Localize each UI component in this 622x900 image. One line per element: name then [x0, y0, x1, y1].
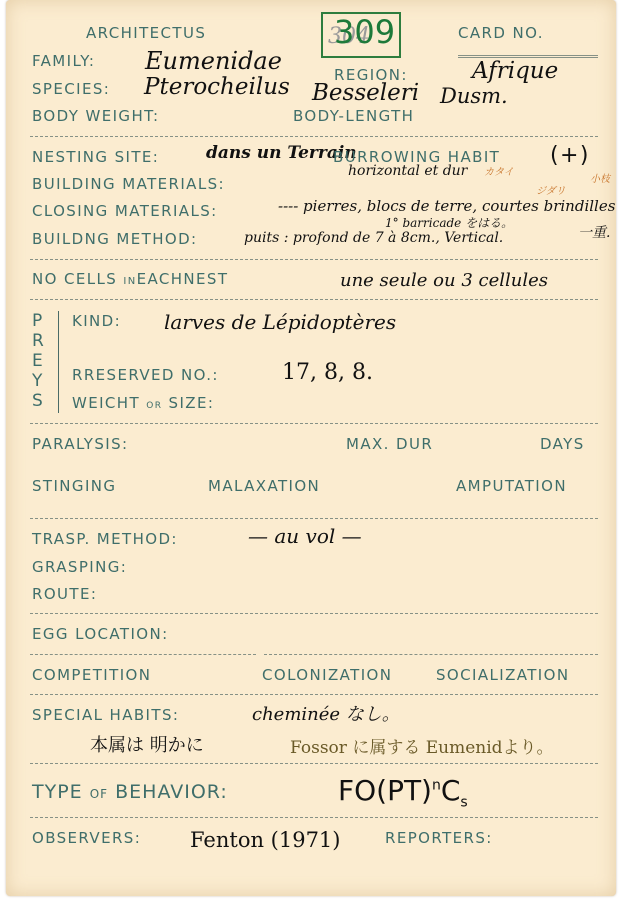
special-habits-label: SPECIAL HABITS: — [32, 706, 179, 724]
cells-label-1: NO CELLS — [32, 270, 117, 288]
divider — [30, 817, 598, 818]
burrowing-habit-note-jp: カタイ — [484, 163, 514, 178]
closing-materials-note: 1° barricade をはる。 — [385, 214, 513, 231]
building-method-value: puits : profond de 7 à 8cm., Vertical. — [244, 230, 503, 246]
architectus-heading: ARCHITECTUS — [86, 24, 206, 42]
preys-divider — [58, 311, 59, 413]
preserved-label: RRESERVED NO.: — [72, 366, 219, 384]
divider — [264, 654, 598, 655]
cells-value: une seule ou 3 cellules — [340, 270, 548, 291]
route-label: ROUTE: — [32, 585, 97, 603]
formula-sup: n — [432, 778, 441, 794]
closing-annot-stone: ジダリ — [536, 182, 566, 197]
preys-letter: P — [32, 311, 42, 331]
burrowing-habit-note: horizontal et dur — [348, 163, 467, 179]
special-habits-note-jp: 本属は 明かに — [90, 731, 204, 757]
nesting-site-label: NESTING SITE: — [32, 148, 159, 166]
grasping-label: GRASPING: — [32, 558, 127, 576]
card-no-label: CARD NO. — [458, 24, 544, 42]
special-habits-value: cheminée なし。 — [252, 700, 400, 726]
observers-label: OBSERVERS: — [32, 829, 141, 847]
days-label: DAYS — [540, 435, 585, 453]
divider — [30, 299, 598, 300]
stinging-label: STINGING — [32, 477, 116, 495]
cells-label: NO CELLS INEACHNEST — [32, 270, 228, 288]
socialization-label: SOCIALIZATION — [436, 666, 569, 684]
behavior-formula: FO(PT)nCs — [338, 774, 468, 811]
max-dur-label: MAX. DUR — [346, 435, 433, 453]
cells-label-2: EACHNEST — [137, 270, 229, 288]
weight-size-label: WEICHT OR SIZE: — [72, 394, 214, 412]
reporters-label: REPORTERS: — [385, 829, 493, 847]
divider — [30, 763, 598, 764]
paralysis-label: PARALYSIS: — [32, 435, 128, 453]
building-materials-label: BUILDING MATERIALS: — [32, 175, 225, 193]
weight-label-1: WEICHT — [72, 394, 140, 412]
divider — [30, 518, 598, 519]
formula-main: FO(PT) — [338, 774, 432, 807]
region-value: Afrique — [472, 58, 558, 84]
divider — [30, 259, 598, 260]
closing-annot-twig: 小枝 — [590, 170, 610, 185]
colonization-label: COLONIZATION — [262, 666, 392, 684]
divider — [30, 136, 598, 137]
body-length-label: BODY-LENGTH — [293, 107, 414, 125]
behavior-label-2: BEHAVIOR: — [115, 781, 228, 803]
preserved-value: 17, 8, 8. — [282, 360, 373, 385]
divider — [30, 654, 256, 655]
cells-label-in: IN — [123, 276, 136, 287]
weight-label-2: SIZE: — [169, 394, 215, 412]
behavior-label: TYPE OF BEHAVIOR: — [32, 781, 228, 803]
malaxation-label: MALAXATION — [208, 477, 320, 495]
closing-materials-note-end: 一重. — [578, 222, 610, 242]
closing-materials-label: CLOSING MATERIALS: — [32, 202, 218, 220]
transport-label: TRASP. METHOD: — [32, 530, 178, 548]
family-value: Eumenidae — [145, 47, 282, 75]
competition-label: COMPETITION — [32, 666, 151, 684]
weight-label-or: OR — [146, 401, 162, 411]
behavior-label-of: OF — [90, 787, 108, 801]
divider — [30, 423, 598, 424]
formula-c: C — [441, 774, 461, 807]
preys-letter: Y — [32, 371, 42, 391]
closing-materials-value: ---- pierres, blocs de terre, courtes br… — [278, 197, 615, 215]
observers-value: Fenton (1971) — [190, 828, 341, 852]
formula-sub: s — [460, 795, 467, 811]
behavior-label-1: TYPE — [32, 781, 83, 803]
species-label: SPECIES: — [32, 80, 110, 98]
preys-letter: S — [32, 391, 43, 411]
egg-location-label: EGG LOCATION: — [32, 625, 169, 643]
preys-letter: R — [32, 331, 44, 351]
building-method-label: BUILDNG METHOD: — [32, 230, 198, 248]
special-habits-note-brown: Fossor に属する Eumenidより。 — [290, 733, 554, 758]
species-genus: Pterocheilus — [144, 74, 290, 100]
transport-value: — au vol — — [248, 524, 362, 548]
preys-letter: E — [32, 351, 43, 371]
card-number: 309 — [334, 13, 395, 51]
divider — [30, 613, 598, 614]
kind-value: larves de Lépidoptères — [164, 310, 396, 334]
divider — [30, 694, 598, 695]
kind-label: KIND: — [72, 312, 121, 330]
amputation-label: AMPUTATION — [456, 477, 567, 495]
species-epithet: Besseleri — [312, 80, 419, 106]
species-author: Dusm. — [440, 84, 508, 108]
family-label: FAMILY: — [32, 52, 95, 70]
body-weight-label: BODY WEIGHT: — [32, 107, 160, 125]
burrowing-habit-mark: (+) — [550, 143, 590, 168]
